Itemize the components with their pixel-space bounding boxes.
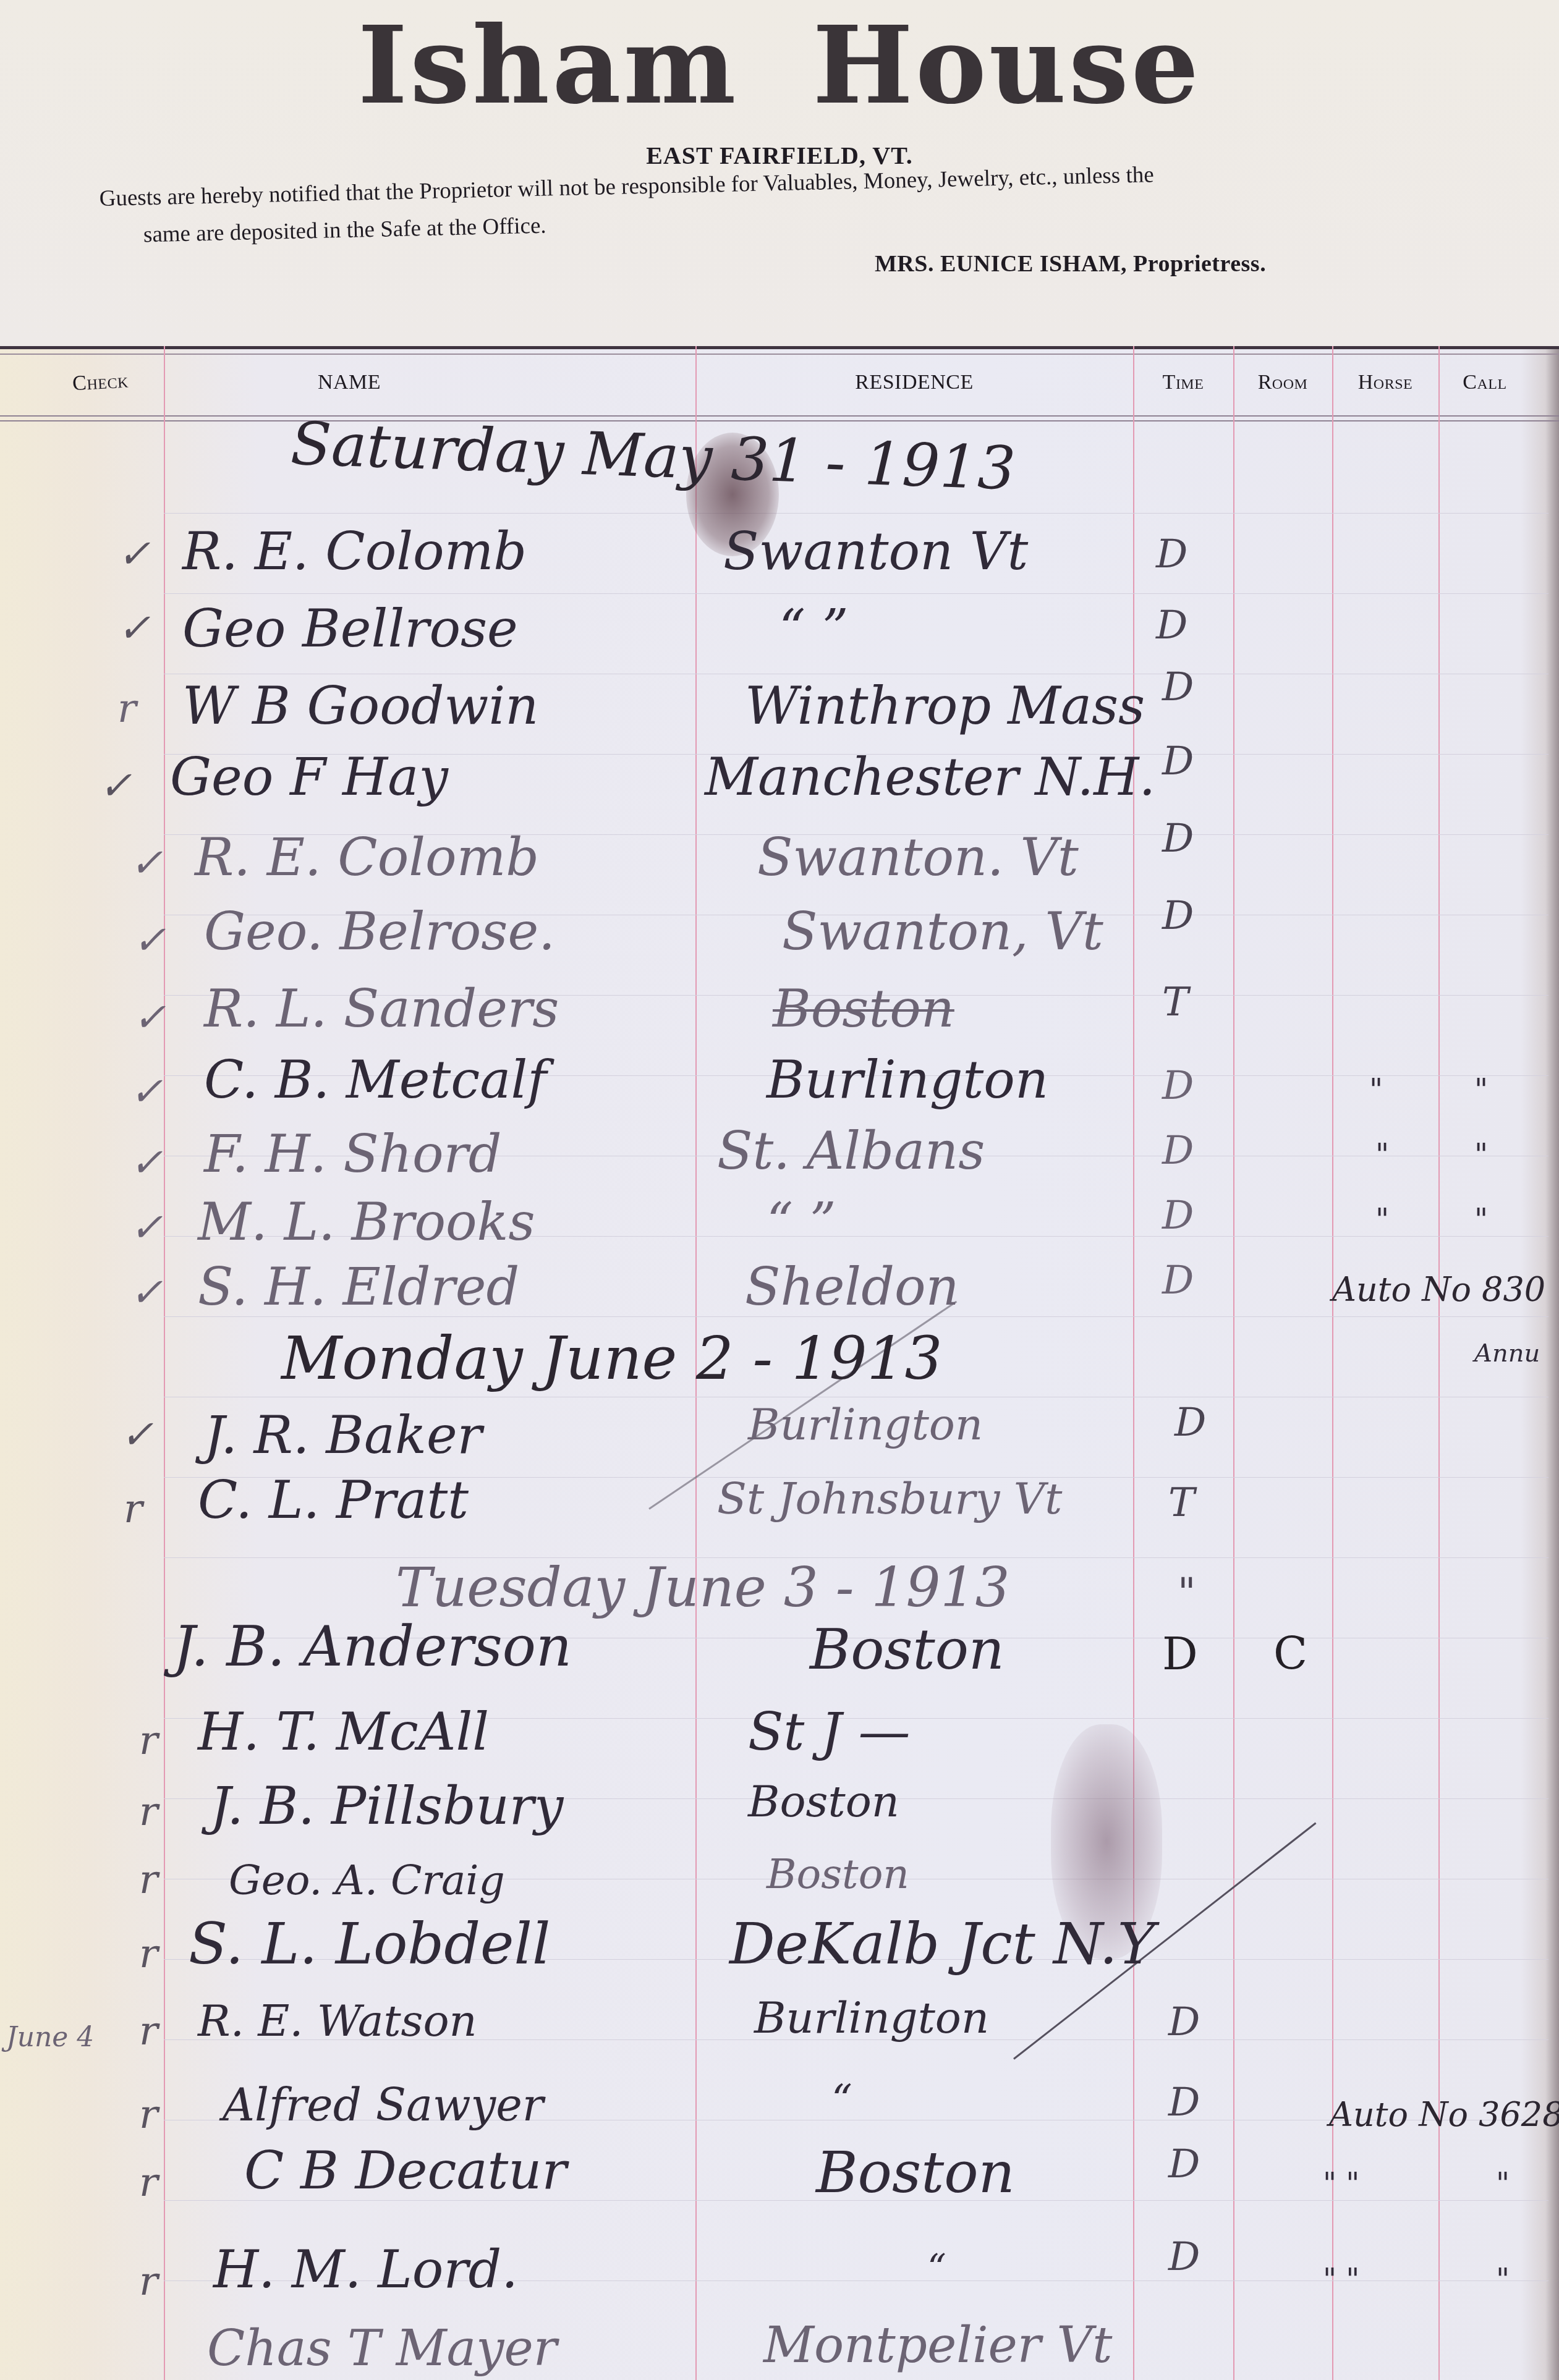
horse-mark: " bbox=[1375, 1140, 1389, 1170]
check-mark: r bbox=[139, 1792, 158, 1832]
column-header-call: Call bbox=[1438, 346, 1531, 419]
guest-residence: “ ” bbox=[767, 1196, 836, 1248]
time-mark: D bbox=[1168, 2002, 1200, 2042]
guest-residence: Boston bbox=[748, 1780, 899, 1823]
time-mark: D bbox=[1168, 2237, 1200, 2277]
auto-number-note: Auto No 3628 bbox=[1329, 2098, 1559, 2132]
guest-name: R. L. Sanders bbox=[204, 983, 559, 1035]
horse-mark: " bbox=[1369, 1075, 1383, 1105]
divider-room-horse bbox=[1332, 346, 1333, 2380]
time-mark: D bbox=[1162, 1261, 1194, 1300]
guest-name: W B Goodwin bbox=[182, 680, 538, 732]
check-mark: r bbox=[139, 1860, 158, 1900]
guest-name: M. L. Brooks bbox=[198, 1196, 535, 1248]
guest-name: J. B. Anderson bbox=[173, 1619, 572, 1675]
guest-name: C B Decatur bbox=[244, 2145, 567, 2196]
guest-residence: Boston bbox=[767, 1854, 909, 1895]
time-mark: D bbox=[1162, 667, 1194, 707]
call-mark: " bbox=[1496, 2169, 1510, 2199]
guest-residence: “ bbox=[831, 2080, 852, 2120]
horse-mark: " " bbox=[1323, 2169, 1359, 2199]
time-mark: D bbox=[1168, 2145, 1200, 2184]
row-line bbox=[164, 593, 1548, 594]
time-mark: D bbox=[1162, 1196, 1194, 1235]
check-mark: ✓ bbox=[130, 1072, 163, 1112]
guest-residence: “ bbox=[927, 2250, 946, 2287]
guest-name: C. L. Pratt bbox=[198, 1474, 469, 1526]
guest-name: R. E. Colomb bbox=[182, 525, 527, 577]
date-heading: Saturday May 31 - 1913 bbox=[290, 414, 1017, 499]
auto-number-note: Auto No 830 bbox=[1332, 1273, 1545, 1306]
check-mark: ✓ bbox=[121, 1415, 154, 1455]
time-mark: T bbox=[1168, 1483, 1195, 1523]
column-header-check: Check bbox=[35, 343, 166, 423]
check-mark: ✓ bbox=[117, 609, 151, 648]
guest-name: J. R. Baker bbox=[204, 1409, 482, 1461]
date-heading: Monday June 2 - 1913 bbox=[281, 1329, 943, 1388]
guest-name: Geo Bellrose bbox=[182, 603, 518, 654]
column-header-rule-2 bbox=[0, 420, 1559, 421]
guest-residence: Burlington bbox=[754, 1996, 989, 2039]
check-mark: ✓ bbox=[130, 1208, 163, 1248]
row-line bbox=[164, 1397, 1548, 1397]
date-heading: Tuesday June 3 - 1913 bbox=[396, 1561, 1009, 1615]
title-word-2: House bbox=[813, 2, 1202, 128]
guest-name: R. E. Colomb bbox=[195, 831, 539, 883]
row-line bbox=[164, 513, 1548, 514]
column-header-room: Room bbox=[1233, 346, 1332, 419]
check-mark: ✓ bbox=[130, 1143, 163, 1183]
time-mark: D bbox=[1168, 2083, 1200, 2122]
time-mark: D bbox=[1162, 1066, 1194, 1106]
guest-name: J. B. Pillsbury bbox=[210, 1780, 563, 1832]
guest-residence: St Johnsbury Vt bbox=[717, 1477, 1062, 1520]
call-mark: " bbox=[1474, 1075, 1488, 1105]
column-header-residence: RESIDENCE bbox=[695, 346, 1133, 419]
guest-name: H. T. McAll bbox=[198, 1706, 489, 1758]
time-mark: D bbox=[1156, 535, 1187, 574]
check-mark: r bbox=[117, 689, 137, 729]
check-mark: ✓ bbox=[130, 1273, 163, 1313]
guest-name: H. M. Lord. bbox=[213, 2243, 518, 2295]
guest-residence: Montpelier Vt bbox=[763, 2321, 1112, 2370]
divider-residence-time bbox=[1133, 346, 1134, 2380]
room-mark: C bbox=[1273, 1632, 1307, 1676]
guest-residence: St J — bbox=[748, 1706, 910, 1758]
time-mark: D bbox=[1162, 896, 1194, 936]
column-header-horse: Horse bbox=[1332, 346, 1438, 419]
proprietress-line: MRS. EUNICE ISHAM, Proprietress. bbox=[875, 250, 1266, 277]
horse-mark: " bbox=[1375, 1205, 1389, 1235]
time-mark: D bbox=[1162, 742, 1194, 781]
guest-residence: Sheldon bbox=[745, 1261, 959, 1313]
guest-residence: Boston bbox=[810, 1622, 1005, 1678]
guest-name: S. H. Eldred bbox=[198, 1261, 519, 1313]
time-mark: T bbox=[1162, 983, 1189, 1022]
hotel-title: IshamHouse bbox=[0, 12, 1559, 119]
guest-residence: St. Albans bbox=[717, 1125, 985, 1177]
margin-date: June 4 bbox=[6, 2024, 94, 2051]
guest-residence: Swanton, Vt bbox=[782, 905, 1103, 957]
guest-name: Geo. A. Craig bbox=[229, 1860, 505, 1901]
guest-residence: Boston bbox=[816, 2145, 1015, 2201]
guest-residence: Manchester N.H. bbox=[705, 751, 1155, 803]
column-header-time: Time bbox=[1133, 346, 1233, 419]
call-mark: " bbox=[1474, 1205, 1488, 1235]
call-mark: " bbox=[1496, 2265, 1510, 2295]
check-mark: r bbox=[139, 2262, 158, 2302]
title-word-1: Isham bbox=[358, 2, 739, 128]
check-mark: ✓ bbox=[133, 921, 166, 960]
row-line bbox=[164, 674, 1548, 674]
guest-name: S. L. Lobdell bbox=[189, 1916, 550, 1973]
divider-check-name bbox=[164, 346, 165, 2380]
guest-residence: “ ” bbox=[779, 603, 849, 654]
check-mark: r bbox=[139, 1934, 158, 1974]
guest-residence: Burlington bbox=[767, 1054, 1048, 1106]
ditto-mark: " bbox=[1178, 1573, 1196, 1612]
guest-name: Geo F Hay bbox=[170, 751, 448, 803]
guest-name: C. B. Metcalf bbox=[204, 1054, 546, 1106]
guest-residence: Swanton. Vt bbox=[757, 831, 1079, 883]
check-mark: r bbox=[139, 1721, 158, 1761]
guest-residence: Swanton Vt bbox=[723, 525, 1028, 577]
guest-name: Geo. Belrose. bbox=[204, 905, 555, 957]
guest-name: Alfred Sawyer bbox=[223, 2083, 543, 2127]
check-mark: r bbox=[139, 2095, 158, 2135]
divider-time-room bbox=[1233, 346, 1234, 2380]
check-mark: ✓ bbox=[133, 998, 166, 1038]
check-mark: ✓ bbox=[117, 535, 151, 574]
check-mark: ✓ bbox=[99, 766, 132, 806]
check-mark: r bbox=[139, 2163, 158, 2203]
time-mark: D bbox=[1162, 1632, 1198, 1676]
guest-residence: Winthrop Mass bbox=[745, 680, 1145, 732]
guest-residence-struck: Boston bbox=[773, 983, 954, 1035]
time-mark: D bbox=[1162, 1131, 1194, 1171]
guest-name: Chas T Mayer bbox=[207, 2324, 557, 2373]
check-mark: ✓ bbox=[130, 844, 163, 883]
horse-mark: " " bbox=[1323, 2265, 1359, 2295]
guest-name: F. H. Shord bbox=[204, 1128, 501, 1180]
check-mark: r bbox=[139, 2012, 158, 2051]
register-page: IshamHouse EAST FAIRFIELD, VT. Guests ar… bbox=[0, 0, 1559, 2380]
check-mark: r bbox=[124, 1489, 143, 1529]
side-note: Annu bbox=[1474, 1341, 1540, 1366]
time-mark: D bbox=[1162, 819, 1194, 858]
guest-residence: Burlington bbox=[748, 1403, 983, 1446]
time-mark: D bbox=[1175, 1403, 1206, 1442]
divider-horse-call bbox=[1438, 346, 1440, 2380]
call-mark: " bbox=[1474, 1140, 1488, 1170]
time-mark: D bbox=[1156, 606, 1187, 645]
guest-name: R. E. Watson bbox=[198, 1999, 477, 2043]
column-header-name: NAME bbox=[164, 346, 695, 419]
guest-residence: DeKalb Jct N.Y bbox=[729, 1916, 1155, 1973]
